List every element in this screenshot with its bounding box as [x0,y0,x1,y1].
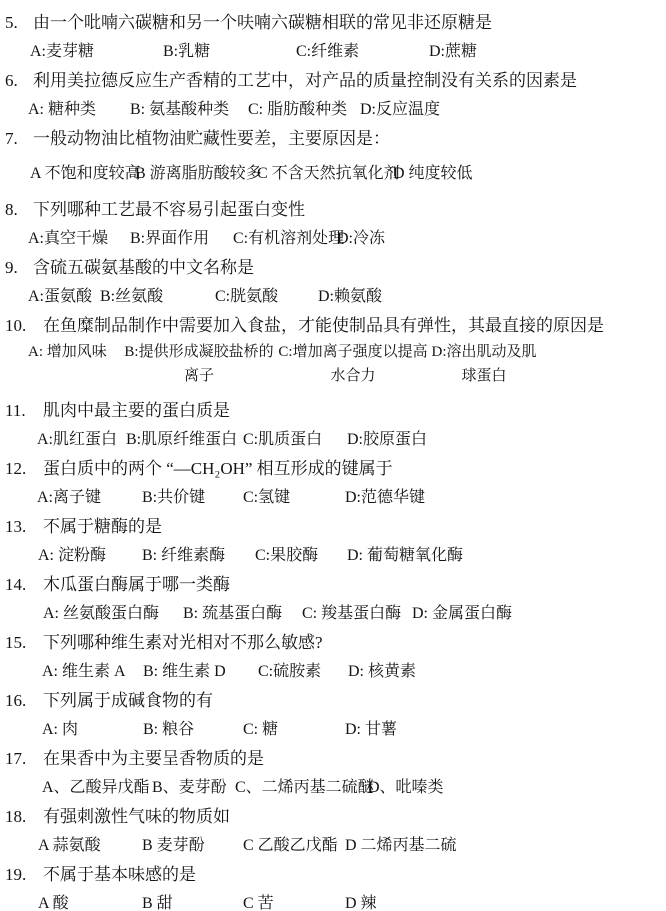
option-b: B:共价键 [142,483,243,512]
option-b: B:乳糖 [163,37,296,66]
options-row: A 不饱和度较高 B 游离脂肪酸较多 C 不含天然抗氧化剂 D 纯度较低 [5,159,666,188]
option-b: B:界面作用 [130,224,233,253]
question: 11.肌肉中最主要的蛋白质是 A:肌红蛋白 B:肌原纤维蛋白 C:肌质蛋白 D:… [5,396,666,454]
option-b: B:提供形成凝胶盐桥的离子 [120,340,278,388]
question: 16.下列属于成碱食物的有 A: 肉 B: 粮谷 C: 糖 D: 甘薯 [5,686,666,744]
question-text: 一般动物油比植物油贮藏性要差，主要原因是： [33,129,390,148]
options-row: A: 肉 B: 粮谷 C: 糖 D: 甘薯 [5,715,666,744]
question-line: 5.由一个吡喃六碳糖和另一个呋喃六碳糖相联的常见非还原糖是 [5,8,666,37]
question-text: 下列属于成碱食物的有 [43,691,213,710]
question-text: 由一个吡喃六碳糖和另一个呋喃六碳糖相联的常见非还原糖是 [33,13,492,32]
question-line: 10.在鱼糜制品制作中需要加入食盐，才能使制品具有弹性，其最直接的原因是 [5,311,666,340]
option-a: A: 肉 [42,715,143,744]
question: 13.不属于糖酶的是 A: 淀粉酶 B: 纤维素酶 C:果胶酶 D: 葡萄糖氧化… [5,512,666,570]
option-a: A: 淀粉酶 [38,541,142,570]
question-text: 不属于基本味感的是 [43,865,196,884]
question-line: 11.肌肉中最主要的蛋白质是 [5,396,666,425]
option-d: D: 葡萄糖氧化酶 [347,541,666,570]
question-text: 下列哪种维生素对光相对不那么敏感? [43,633,323,652]
question-text: 下列哪种工艺最不容易引起蛋白变性 [33,200,305,219]
question-line: 9.含硫五碳氨基酸的中文名称是 [5,253,666,282]
option-c: C:有机溶剂处理 [233,224,337,253]
question-text: 有强刺激性气味的物质如 [43,807,230,826]
question-number: 11. [5,396,43,425]
option-d: D: 金属蛋白酶 [412,599,666,628]
question-number: 5. [5,8,33,37]
option-b: B: 维生素 D [143,657,258,686]
question-line: 17.在果香中为主要呈香物质的是 [5,744,666,773]
option-a: A:蛋氨酸 [28,282,100,311]
question-number: 10. [5,311,43,340]
option-d: D 纯度较低 [393,159,666,188]
option-c: C: 糖 [243,715,345,744]
question-number: 13. [5,512,43,541]
option-c: C: 脂肪酸种类 [248,95,360,124]
options-row: A:真空干燥 B:界面作用 C:有机溶剂处理 D:冷冻 [5,224,666,253]
question-text: 不属于糖酶的是 [43,517,162,536]
question-number: 6. [5,66,33,95]
question-line: 18.有强刺激性气味的物质如 [5,802,666,831]
question-number: 14. [5,570,43,599]
question-text: 利用美拉德反应生产香精的工艺中，对产品的质量控制没有关系的因素是 [33,71,577,90]
question-line: 13.不属于糖酶的是 [5,512,666,541]
option-a: A 不饱和度较高 [30,159,135,188]
question-line: 8.下列哪种工艺最不容易引起蛋白变性 [5,195,666,224]
question: 17.在果香中为主要呈香物质的是 A、乙酸异戊酯 B、麦芽酚 C、二烯丙基二硫醚… [5,744,666,802]
options-row: A: 维生素 A B: 维生素 D C:硫胺素 D: 核黄素 [5,657,666,686]
option-b: B:肌原纤维蛋白 [126,425,243,454]
question: 6.利用美拉德反应生产香精的工艺中，对产品的质量控制没有关系的因素是 A: 糖种… [5,66,666,124]
question-number: 16. [5,686,43,715]
option-d: D、吡嗪类 [368,773,666,802]
option-a: A: 增加风味 [28,340,120,388]
option-d: D:溶出肌动及肌球蛋白 [428,340,540,388]
question-text: 在果香中为主要呈香物质的是 [43,749,264,768]
question-text: 肌肉中最主要的蛋白质是 [43,401,230,420]
option-d: D: 核黄素 [348,657,666,686]
options-row: A: 增加风味 B:提供形成凝胶盐桥的离子 C:增加离子强度以提高水合力 D:溶… [5,340,666,388]
option-b: B: 纤维素酶 [142,541,255,570]
question-line: 7.一般动物油比植物油贮藏性要差，主要原因是： [5,124,666,153]
option-a: A、乙酸异戊酯 [42,773,152,802]
question-number: 17. [5,744,43,773]
option-c: C:肌质蛋白 [243,425,347,454]
options-row: A:蛋氨酸 B:丝氨酸 C:胱氨酸 D:赖氨酸 [5,282,666,311]
option-d: D:胶原蛋白 [347,425,666,454]
option-c: C:硫胺素 [258,657,348,686]
option-c: C: 羧基蛋白酶 [302,599,412,628]
question: 5.由一个吡喃六碳糖和另一个呋喃六碳糖相联的常见非还原糖是 A:麦芽糖 B:乳糖… [5,8,666,66]
option-a: A:麦芽糖 [30,37,163,66]
options-row: A 蒜氨酸 B 麦芽酚 C 乙酸乙戊酯 D 二烯丙基二硫 [5,831,666,860]
question-line: 16.下列属于成碱食物的有 [5,686,666,715]
option-d: D: 甘薯 [345,715,666,744]
question: 10.在鱼糜制品制作中需要加入食盐，才能使制品具有弹性，其最直接的原因是 A: … [5,311,666,388]
option-c: C 乙酸乙戊酯 [243,831,345,860]
option-b: B 麦芽酚 [142,831,243,860]
option-b: B: 粮谷 [143,715,243,744]
options-row: A:肌红蛋白 B:肌原纤维蛋白 C:肌质蛋白 D:胶原蛋白 [5,425,666,454]
options-row: A:麦芽糖 B:乳糖 C:纤维素 D:蔗糖 [5,37,666,66]
option-c: C 苦 [243,889,345,911]
option-b: B:丝氨酸 [100,282,215,311]
options-row: A、乙酸异戊酯 B、麦芽酚 C、二烯丙基二硫醚 D、吡嗪类 [5,773,666,802]
question-number: 19. [5,860,43,889]
option-a: A: 糖种类 [28,95,130,124]
question-text: 蛋白质中的两个 “—CH₂OH” 相互形成的键属于 [43,459,393,478]
option-d: D 二烯丙基二硫 [345,831,666,860]
question: 8.下列哪种工艺最不容易引起蛋白变性 A:真空干燥 B:界面作用 C:有机溶剂处… [5,195,666,253]
question-line: 12.蛋白质中的两个 “—CH₂OH” 相互形成的键属于 [5,454,666,483]
question-number: 15. [5,628,43,657]
question-number: 8. [5,195,33,224]
option-a: A:离子键 [37,483,142,512]
option-d: D:赖氨酸 [318,282,666,311]
options-row: A: 糖种类 B: 氨基酸种类 C: 脂肪酸种类 D:反应温度 [5,95,666,124]
option-c: C:果胶酶 [255,541,347,570]
question-line: 14.木瓜蛋白酶属于哪一类酶 [5,570,666,599]
option-c: C 不含天然抗氧化剂 [257,159,393,188]
question: 9.含硫五碳氨基酸的中文名称是 A:蛋氨酸 B:丝氨酸 C:胱氨酸 D:赖氨酸 [5,253,666,311]
option-b: B: 氨基酸种类 [130,95,248,124]
option-a: A:肌红蛋白 [37,425,126,454]
question-line: 15.下列哪种维生素对光相对不那么敏感? [5,628,666,657]
option-a: A: 维生素 A [42,657,143,686]
option-c: C:氢键 [243,483,345,512]
option-c: C、二烯丙基二硫醚 [235,773,368,802]
option-b: B 游离脂肪酸较多 [135,159,257,188]
options-row: A: 淀粉酶 B: 纤维素酶 C:果胶酶 D: 葡萄糖氧化酶 [5,541,666,570]
exam-page: 5.由一个吡喃六碳糖和另一个呋喃六碳糖相联的常见非还原糖是 A:麦芽糖 B:乳糖… [5,8,666,911]
question-line: 19.不属于基本味感的是 [5,860,666,889]
question-number: 12. [5,454,43,483]
option-a: A:真空干燥 [28,224,130,253]
question: 19.不属于基本味感的是 A 酸 B 甜 C 苦 D 辣 [5,860,666,911]
options-row: A:离子键 B:共价键 C:氢键 D:范德华键 [5,483,666,512]
question-text: 在鱼糜制品制作中需要加入食盐，才能使制品具有弹性，其最直接的原因是 [43,316,604,335]
option-d: D 辣 [345,889,666,911]
question-number: 9. [5,253,33,282]
option-a: A: 丝氨酸蛋白酶 [43,599,183,628]
options-row: A: 丝氨酸蛋白酶 B: 巯基蛋白酶 C: 羧基蛋白酶 D: 金属蛋白酶 [5,599,666,628]
option-d: D:冷冻 [337,224,666,253]
question: 14.木瓜蛋白酶属于哪一类酶 A: 丝氨酸蛋白酶 B: 巯基蛋白酶 C: 羧基蛋… [5,570,666,628]
option-a: A 酸 [38,889,142,911]
options-row: A 酸 B 甜 C 苦 D 辣 [5,889,666,911]
question: 18.有强刺激性气味的物质如 A 蒜氨酸 B 麦芽酚 C 乙酸乙戊酯 D 二烯丙… [5,802,666,860]
question-line: 6.利用美拉德反应生产香精的工艺中，对产品的质量控制没有关系的因素是 [5,66,666,95]
question-number: 18. [5,802,43,831]
question: 12.蛋白质中的两个 “—CH₂OH” 相互形成的键属于 A:离子键 B:共价键… [5,454,666,512]
option-d: D:范德华键 [345,483,666,512]
option-a: A 蒜氨酸 [38,831,142,860]
question-number: 7. [5,124,33,153]
option-c: C:纤维素 [296,37,429,66]
option-b: B、麦芽酚 [152,773,235,802]
option-d: D:反应温度 [360,95,666,124]
option-d: D:蔗糖 [429,37,666,66]
option-b: B: 巯基蛋白酶 [183,599,302,628]
option-b: B 甜 [142,889,243,911]
question: 15.下列哪种维生素对光相对不那么敏感? A: 维生素 A B: 维生素 D C… [5,628,666,686]
option-c: C:胱氨酸 [215,282,318,311]
question-text: 木瓜蛋白酶属于哪一类酶 [43,575,230,594]
question-text: 含硫五碳氨基酸的中文名称是 [33,258,254,277]
option-c: C:增加离子强度以提高水合力 [278,340,428,388]
question: 7.一般动物油比植物油贮藏性要差，主要原因是： A 不饱和度较高 B 游离脂肪酸… [5,124,666,188]
